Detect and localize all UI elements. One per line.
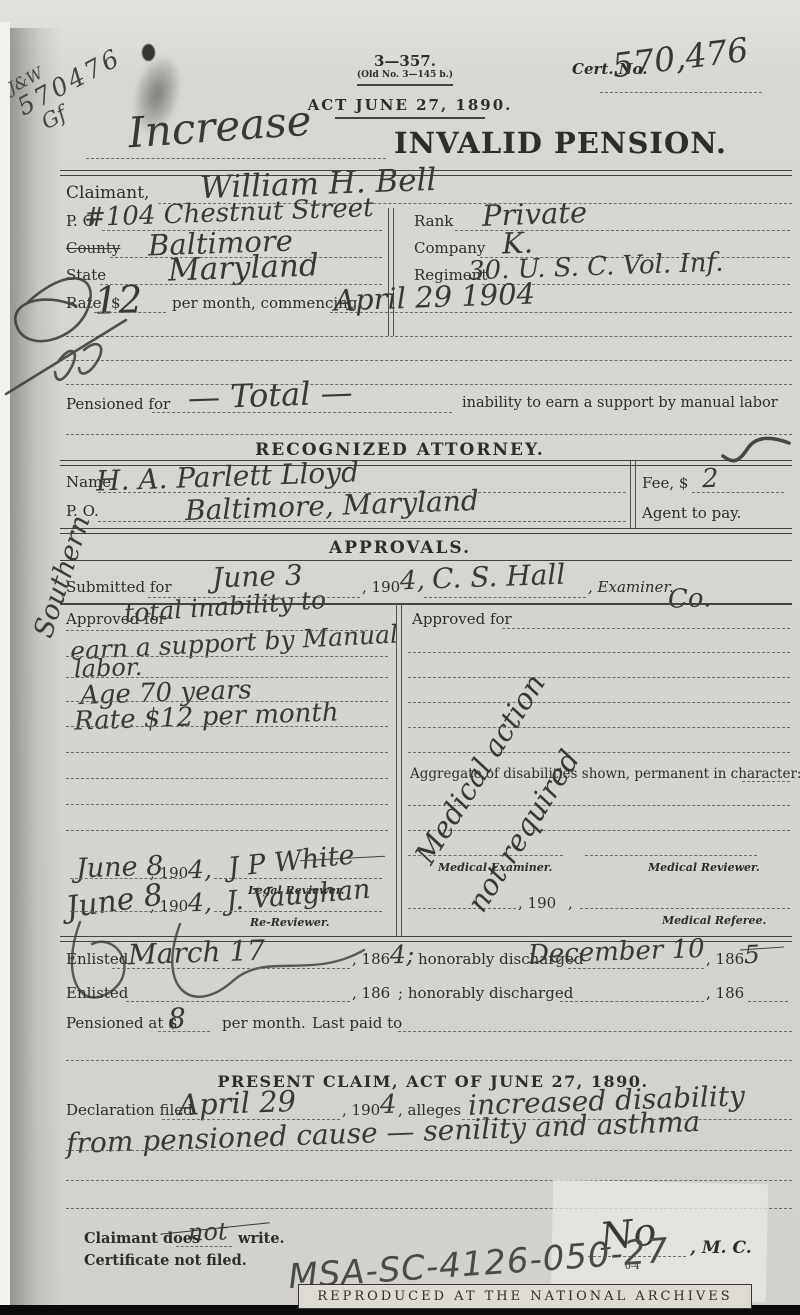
alleges-line2-rule <box>66 1150 792 1151</box>
blank-line-6 <box>66 1180 792 1181</box>
left-line-1 <box>66 630 388 631</box>
page-title: INVALID PENSION. <box>394 126 727 160</box>
enlisted-label: Enlisted <box>66 950 128 968</box>
certificate-label: Certificate not filed. <box>84 1252 247 1269</box>
legal-year-digit: 4, <box>188 855 213 885</box>
scanned-pension-form: J&W 570476 Gf Southern 3—357. (Old No. 3… <box>0 0 800 1315</box>
old-number: (Old No. 3—145 b.) <box>330 70 480 80</box>
right-line-7 <box>408 830 790 831</box>
attorney-box-bottom <box>60 528 792 534</box>
enlisted2-end: , 186 <box>706 984 744 1002</box>
right-line-3 <box>408 702 790 703</box>
enlisted-year-digit: 4; <box>390 940 415 970</box>
left-line-6 <box>66 752 388 753</box>
declaration-label: Declaration filed <box>66 1101 193 1119</box>
submitted-year-digit: 4, <box>399 566 425 597</box>
blank-line-2 <box>66 360 792 361</box>
medical-reviewer-line <box>585 855 757 856</box>
submitted-year-print: , 190 <box>362 578 400 596</box>
medical-reviewer-label: Medical Reviewer. <box>648 861 760 874</box>
pensioned-at-line <box>158 1031 210 1032</box>
fee-line <box>692 492 784 493</box>
referee-line-b <box>580 908 790 909</box>
act-rule <box>335 117 485 119</box>
attorney-heading: RECOGNIZED ATTORNEY. <box>200 440 600 460</box>
rate-line <box>330 312 792 313</box>
submitted-label: Submitted for <box>66 578 172 596</box>
discharged-date: December 10 <box>528 934 706 970</box>
examiner-initials: Co. <box>667 583 711 614</box>
enlisted2-line-c <box>748 1001 788 1002</box>
act-line-block: ACT JUNE 27, 1890. <box>290 96 530 119</box>
fee-label: Fee, $ <box>642 474 688 492</box>
form-number-rule <box>357 84 453 86</box>
referee-year-comma: , <box>568 894 573 912</box>
pensioned-line <box>152 412 452 413</box>
pensioned-value: — Total — <box>187 373 353 417</box>
enlisted2-mid: ; honorably discharged <box>398 984 573 1002</box>
approved-right-label: Approved for <box>412 610 512 628</box>
legal-line-a <box>70 878 182 879</box>
not-value: not <box>188 1217 229 1246</box>
last-paid-label: Last paid to <box>312 1014 402 1032</box>
county-label: County <box>66 239 120 257</box>
referee-line-a <box>408 908 516 909</box>
re-year-digit: 4, <box>188 888 213 918</box>
blank-line-1 <box>66 336 792 337</box>
attorney-po-line <box>98 521 626 522</box>
left-line-5 <box>66 726 388 727</box>
cert-dotted-line <box>600 92 762 93</box>
right-line-1 <box>408 652 790 653</box>
agent-label: Agent to pay. <box>642 504 741 522</box>
last-paid-line <box>398 1031 792 1032</box>
enlisted2-line-b <box>560 1001 704 1002</box>
attorney-box-divider <box>630 461 636 528</box>
enlisted2-label: Enlisted <box>66 984 128 1002</box>
blank-line-5 <box>66 1060 792 1061</box>
declaration-date: April 29 <box>177 1084 296 1122</box>
left-line-7 <box>66 778 388 779</box>
margin-pencil-scrawl <box>0 262 150 402</box>
enlisted-line-b <box>568 968 704 969</box>
left-line-8 <box>66 804 388 805</box>
company-label: Company <box>414 239 485 257</box>
re-year-print: , 190 <box>150 897 188 915</box>
left-line-9 <box>66 830 388 831</box>
examiner-label: , Examiner. <box>588 578 674 596</box>
ink-dot <box>142 44 155 61</box>
claimant-divider <box>388 208 394 336</box>
left-line-3 <box>66 677 388 678</box>
rank-label: Rank <box>414 212 453 230</box>
submitted-line-b <box>424 597 586 598</box>
left-line-2 <box>66 656 388 657</box>
enlisted2-year: , 186 <box>352 984 390 1002</box>
fee-value: 2 <box>701 464 719 495</box>
re-line-a <box>70 911 182 912</box>
not-line <box>176 1246 232 1247</box>
enlisted-year-print: , 186 <box>352 950 390 968</box>
blank-line-3 <box>66 384 792 385</box>
mc-label: , M. C. <box>690 1238 752 1258</box>
pensioned-at-label: Pensioned at $ <box>66 1014 178 1032</box>
per-month-label: per month. <box>222 1014 306 1032</box>
archives-stamp-box: REPRODUCED AT THE NATIONAL ARCHIVES <box>298 1284 752 1309</box>
right-line-5 <box>408 752 790 753</box>
enlisted-date: March 17 <box>127 934 265 972</box>
discharged-year-digit: 5 <box>743 940 760 970</box>
left-line-4 <box>66 701 388 702</box>
write-label: write. <box>238 1230 285 1247</box>
attorney-po-label: P. O. <box>66 502 99 520</box>
claimant-label: Claimant, <box>66 183 149 203</box>
rate-mid-label: per month, commencing <box>172 294 357 312</box>
cert-number: 570,476 <box>610 30 750 85</box>
increase-dotted-line <box>86 158 386 159</box>
approvals-top-rule <box>60 560 792 561</box>
pensioned-suffix: inability to earn a support by manual la… <box>462 395 778 411</box>
re-line-b <box>214 911 382 912</box>
form-number: 3—357. <box>330 52 480 70</box>
referee-year-print: , 190 <box>518 894 556 912</box>
medical-referee-label: Medical Referee. <box>662 914 766 927</box>
enlisted-line-a <box>112 968 350 969</box>
aggregate-dollar-line <box>742 781 790 782</box>
approvals-column-divider <box>396 604 402 936</box>
right-line-2 <box>408 677 790 678</box>
discharged-year-print: , 186 <box>706 950 744 968</box>
examiner-name: C. S. Hall <box>431 558 565 596</box>
state-value: Maryland <box>167 247 319 288</box>
rank-value: Private <box>481 195 587 233</box>
page-edge-white <box>0 22 10 1307</box>
approvals-heading: APPROVALS. <box>200 538 600 558</box>
pensioned-label: Pensioned for <box>66 395 170 413</box>
archives-stamp-text: REPRODUCED AT THE NATIONAL ARCHIVES <box>317 1289 732 1304</box>
right-line-4 <box>408 727 790 728</box>
blank-line-4 <box>66 434 792 435</box>
form-number-block: 3—357. (Old No. 3—145 b.) <box>330 52 480 86</box>
act-line: ACT JUNE 27, 1890. <box>290 96 530 114</box>
enlisted2-line-a <box>126 1001 350 1002</box>
page-edge-shadow <box>10 28 62 1306</box>
right-line-0 <box>502 628 790 629</box>
